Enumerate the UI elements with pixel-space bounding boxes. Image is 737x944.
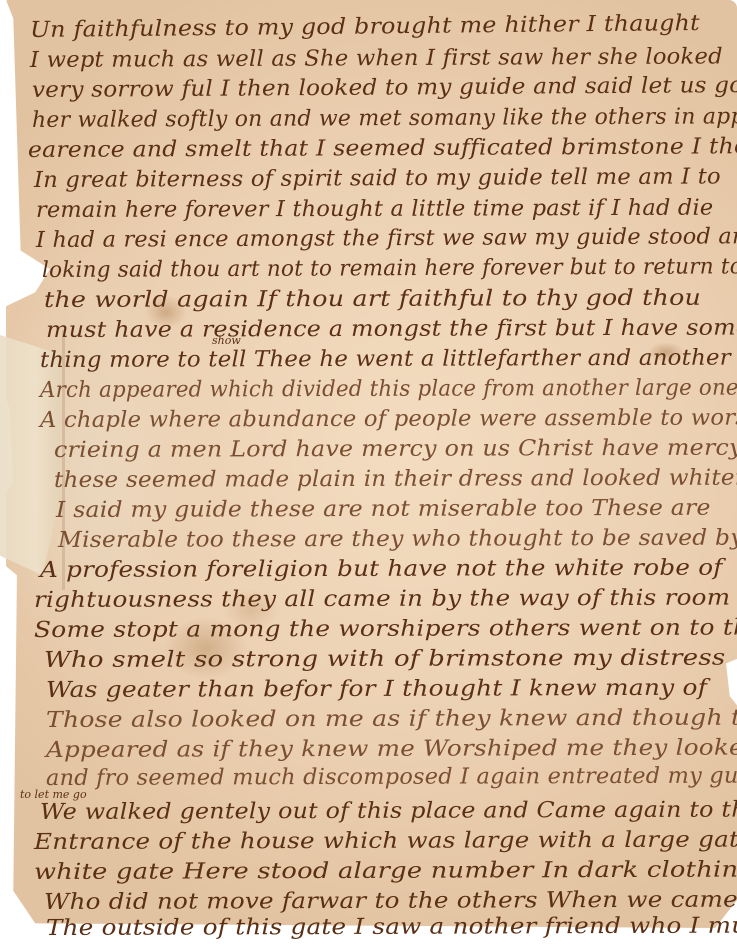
text-line: and fro seemed much discomposed I again … — [46, 763, 737, 791]
text-line: earence and smelt that I seemed sufficat… — [28, 134, 737, 163]
text-line: Those also looked on me as if they knew … — [46, 705, 737, 733]
text-line: In great biterness of spirit said to my … — [34, 164, 721, 193]
text-line: Un faithfulness to my god brought me hit… — [30, 11, 700, 43]
interlinear-insertion: show — [212, 334, 241, 347]
text-line: these seemed made plain in their dress a… — [54, 466, 737, 493]
text-line: rightuousness they all came in by the wa… — [34, 586, 730, 613]
text-line: I had a resi ence amongst the first we s… — [36, 224, 737, 253]
text-line: Who did not move farwar to the others Wh… — [44, 887, 737, 915]
text-line: Miserable too these are they who thought… — [58, 526, 737, 553]
text-line: Entrance of the house which was large wi… — [34, 827, 737, 855]
text-line: must have a residence a mongst the first… — [46, 316, 737, 343]
text-line: very sorrow ful I then looked to my guid… — [32, 73, 737, 103]
text-line: white gate Here stood alarge number In d… — [34, 857, 737, 885]
text-line: Who smelt so strong with of brimstone my… — [44, 646, 726, 673]
text-line: Arch appeared which divided this place f… — [40, 375, 737, 403]
text-line: The outside of this gate I saw a nother … — [46, 913, 737, 941]
text-line: her walked softly on and we met somany l… — [32, 104, 737, 133]
text-line: Was geater than befor for I thought I kn… — [46, 676, 707, 703]
text-line: I wept much as well as She when I first … — [30, 44, 723, 73]
text-line: remain here forever I thought a little t… — [36, 196, 713, 223]
text-line: We walked gentely out of this place and … — [40, 797, 737, 825]
text-line: Some stopt a mong the worshipers others … — [34, 615, 737, 643]
text-line: Appeared as if they knew me Worshiped me… — [46, 735, 737, 763]
text-line: A chaple where abundance of people were … — [40, 405, 737, 433]
text-line: the world again If thou art faithful to … — [44, 286, 701, 313]
text-line: I said my guide these are not miserable … — [56, 496, 711, 523]
text-line: loking said thou art not to remain here … — [42, 254, 737, 283]
handwritten-text-block: Un faithfulness to my god brought me hit… — [0, 0, 737, 944]
text-line: crieing a men Lord have mercy on us Chri… — [54, 436, 737, 463]
text-line: A profession foreligion but have not the… — [40, 556, 723, 583]
text-line: thing more to tell Thee he went a little… — [40, 346, 731, 373]
